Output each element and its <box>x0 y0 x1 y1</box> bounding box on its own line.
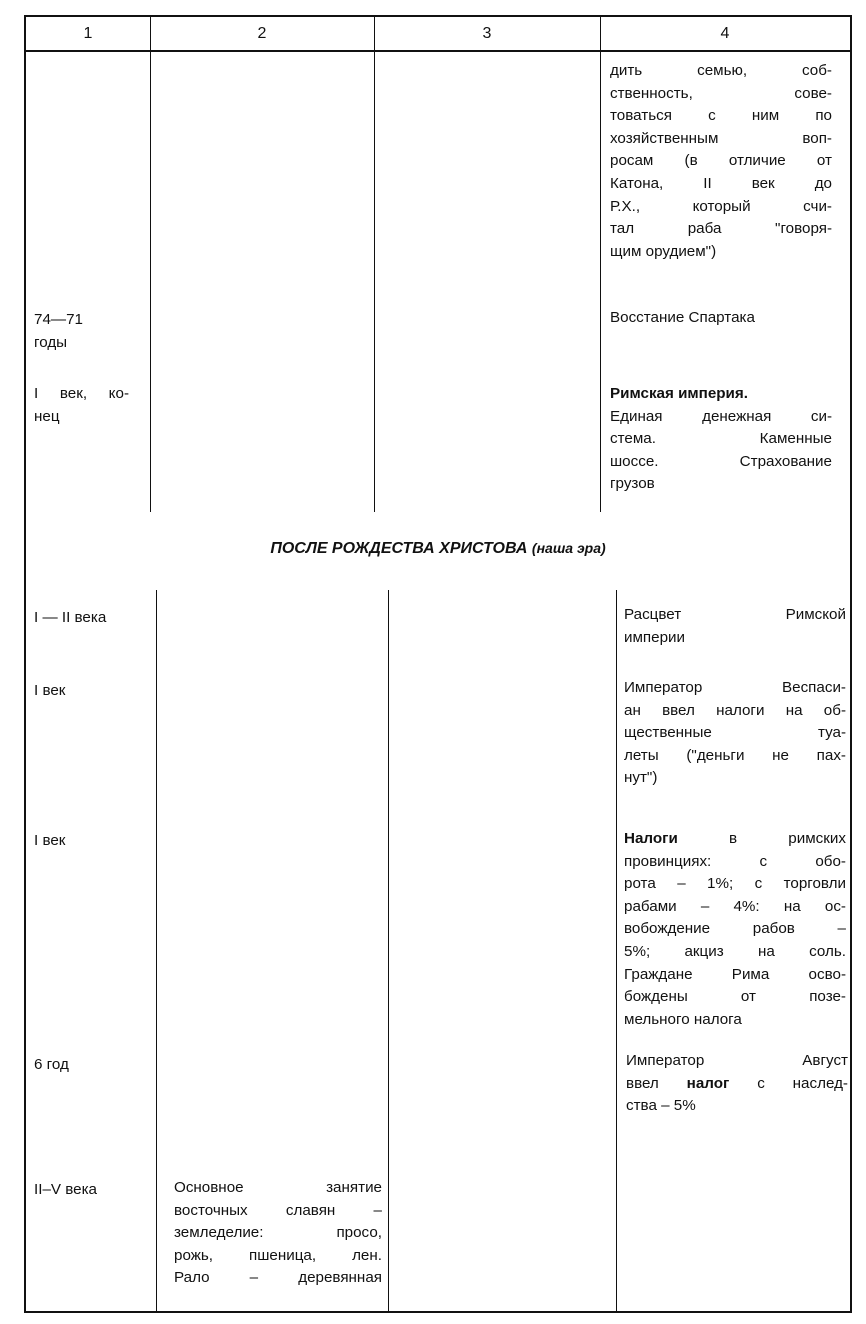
text-line: стема. Каменные <box>610 428 832 451</box>
text-line: нец <box>34 406 144 429</box>
row-flourishing-event: Расцвет Римской империи <box>624 604 846 649</box>
text-line: I век <box>34 830 144 853</box>
text-line: II–V века <box>34 1179 144 1202</box>
text-line: шоссе. Страхование <box>610 451 832 474</box>
text-line: грузов <box>610 473 832 496</box>
text-line: Император Август <box>626 1050 848 1073</box>
column-divider <box>150 17 151 512</box>
text-line: росам (в отличие от <box>610 150 832 173</box>
text-line: годы <box>34 332 144 355</box>
text-line: 6 год <box>34 1054 144 1077</box>
header-col-2: 2 <box>150 17 374 50</box>
document-page: 1 2 3 4 дить семью, соб- ственность, сов… <box>0 0 866 1324</box>
column-divider <box>374 17 375 512</box>
text-line: ства – 5% <box>626 1095 848 1118</box>
row-roman-empire-event: Римская империя. Единая денежная си- сте… <box>610 383 832 496</box>
bold-heading: Римская империя. <box>610 383 832 406</box>
text-line: I век, ко- <box>34 383 129 406</box>
text-line: Граждане Рима осво- <box>624 964 846 987</box>
text-line: Р.Х., который счи- <box>610 196 832 219</box>
row-slavs-date: II–V века <box>34 1179 144 1202</box>
text-line: товаться с ним по <box>610 105 832 128</box>
text-line: рожь, пшеница, лен. <box>174 1245 382 1268</box>
bold-term: Налоги <box>624 830 678 847</box>
text-fragment: ввел <box>626 1075 659 1092</box>
text-line: бождены от позе- <box>624 986 846 1009</box>
row-slavs-col2: Основное занятие восточных славян – земл… <box>174 1177 382 1290</box>
text-line: щим орудием") <box>610 241 832 264</box>
header-col-4: 4 <box>600 17 850 50</box>
text-line: вобождение рабов – <box>624 918 846 941</box>
text-line: Расцвет Римской <box>624 604 846 627</box>
text-line: империи <box>624 627 846 650</box>
text-line: земледелие: просо, <box>174 1222 382 1245</box>
text-line: рота – 1%; с торговли <box>624 873 846 896</box>
row-taxes-event: Налоги в римских провинциях: с обо- рота… <box>624 828 846 1031</box>
text-line: леты ("деньги не пах- <box>624 745 846 768</box>
row-spartacus-date: 74—71 годы <box>34 309 144 354</box>
text-line: Рало – деревянная <box>174 1267 382 1290</box>
row-flourishing-date: I — II века <box>34 607 144 630</box>
text-line: Единая денежная си- <box>610 406 832 429</box>
row-spartacus-event: Восстание Спартака <box>610 307 832 330</box>
bold-term: налог <box>687 1075 730 1092</box>
header-col-1: 1 <box>26 17 150 50</box>
section-heading: ПОСЛЕ РОЖДЕСТВА ХРИСТОВА (наша эра) <box>26 540 850 558</box>
text-line: 74—71 <box>34 309 144 332</box>
text-line: I — II века <box>34 607 144 630</box>
text-fragment: в римских <box>729 830 846 847</box>
row-augustus-date: 6 год <box>34 1054 144 1077</box>
text-line: ан ввел налоги на об- <box>624 700 846 723</box>
chronology-table: 1 2 3 4 дить семью, соб- ственность, сов… <box>24 15 852 1313</box>
text-line: провинциях: с обо- <box>624 851 846 874</box>
text-line: Восстание Спартака <box>610 307 832 330</box>
header-col-3: 3 <box>374 17 600 50</box>
column-divider <box>156 590 157 1313</box>
text-line: хозяйственным воп- <box>610 128 832 151</box>
column-divider <box>600 17 601 512</box>
text-line: 5%; акциз на соль. <box>624 941 846 964</box>
text-line: рабами – 4%: на ос- <box>624 896 846 919</box>
row-augustus-event: Император Август ввел налог с наслед- ст… <box>626 1050 848 1118</box>
text-line: ственность, сове- <box>610 83 832 106</box>
column-divider <box>616 590 617 1313</box>
text-line: I век <box>34 680 144 703</box>
row-continuation-col4: дить семью, соб- ственность, сове- товат… <box>610 60 832 263</box>
row-vespasian-date: I век <box>34 680 144 703</box>
section-heading-sub: (наша эра) <box>532 540 606 556</box>
section-heading-main: ПОСЛЕ РОЖДЕСТВА ХРИСТОВА <box>270 540 527 557</box>
text-line: Катона, II век до <box>610 173 832 196</box>
text-line: тал раба "говоря- <box>610 218 832 241</box>
text-line: Основное занятие <box>174 1177 382 1200</box>
row-vespasian-event: Император Веспаси- ан ввел налоги на об-… <box>624 677 846 790</box>
row-taxes-date: I век <box>34 830 144 853</box>
row-roman-empire-date: I век, ко- нец <box>34 383 144 428</box>
text-line: мельного налога <box>624 1009 846 1032</box>
text-fragment: с наслед- <box>757 1075 848 1092</box>
text-line: нут") <box>624 767 846 790</box>
column-divider <box>388 590 389 1313</box>
text-line: дить семью, соб- <box>610 60 832 83</box>
text-line: щественные туа- <box>624 722 846 745</box>
text-line: Император Веспаси- <box>624 677 846 700</box>
text-line: восточных славян – <box>174 1200 382 1223</box>
